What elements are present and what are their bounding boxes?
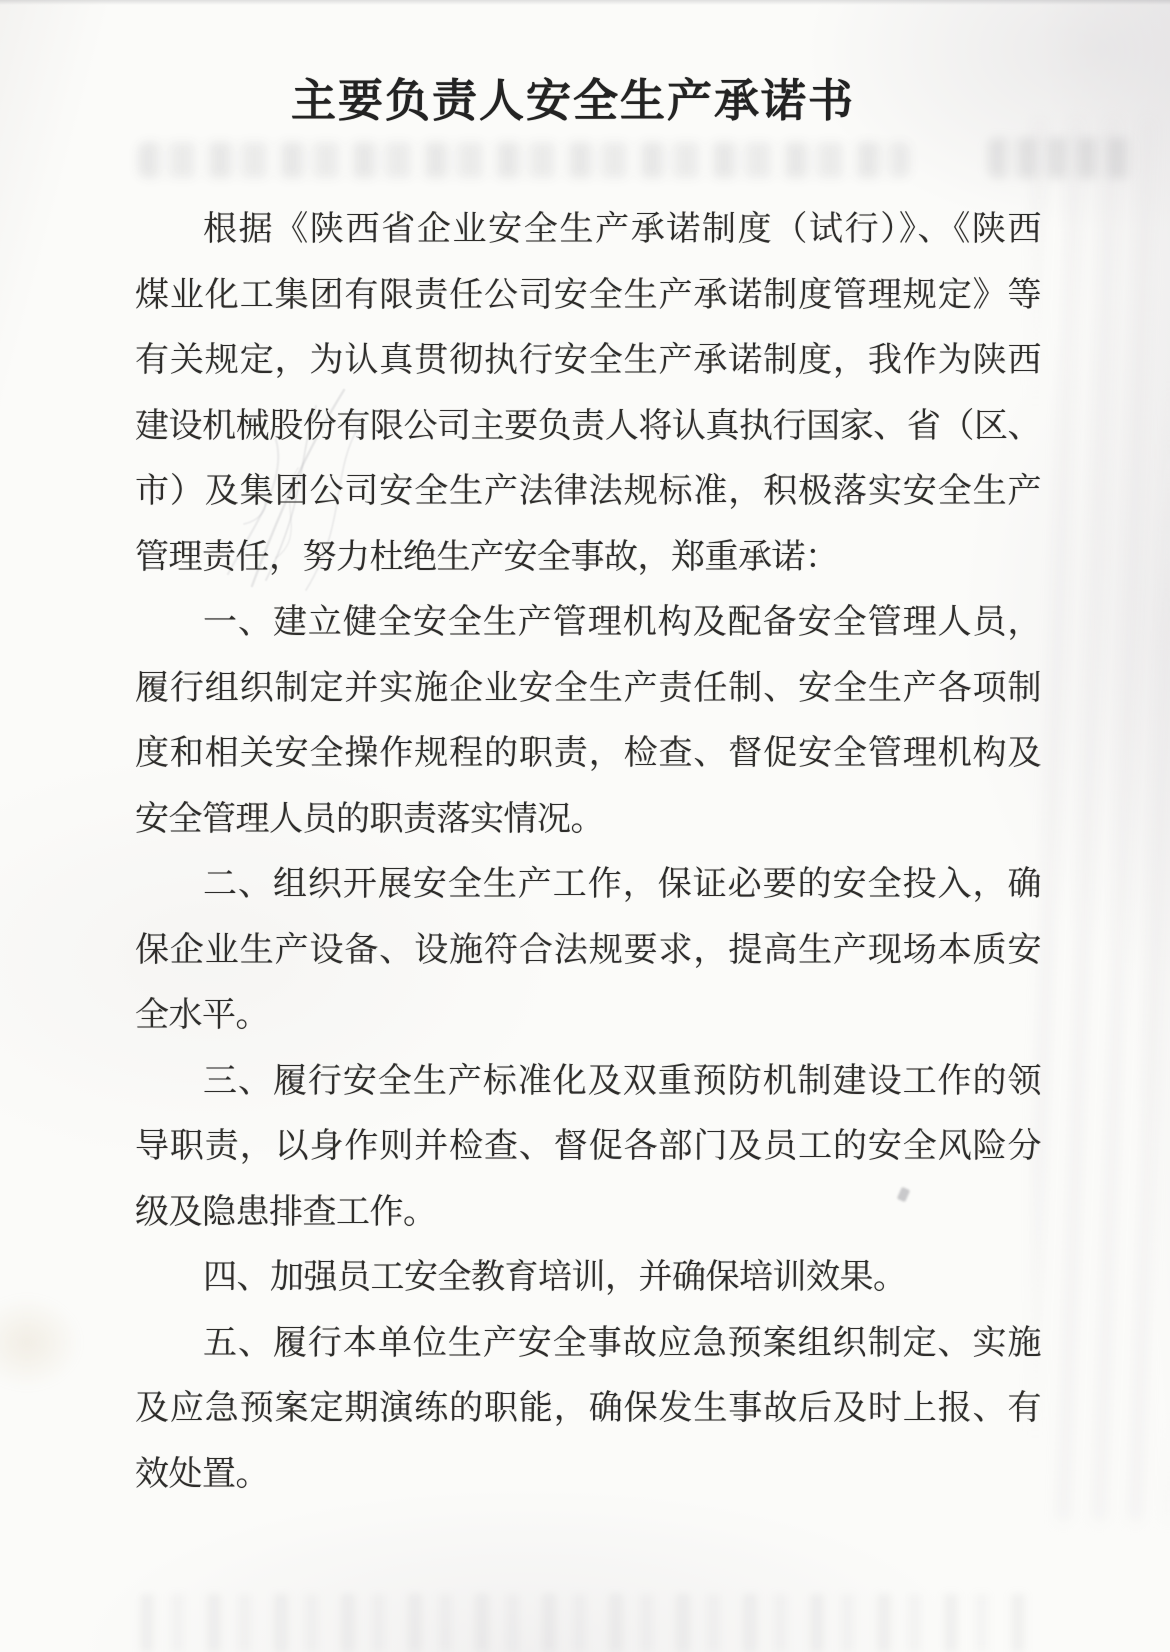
text-line: 有关规定，为认真贯彻执行安全生产承诺制度，我作为陕西 <box>135 328 1041 394</box>
text-line: 三、履行安全生产标准化及双重预防机制建设工作的领 <box>135 1049 1041 1115</box>
document-title: 主要负责人安全生产承诺书 <box>0 72 1158 130</box>
text-line: 一、建立健全安全生产管理机构及配备安全管理人员， <box>135 590 1041 656</box>
text-line: 安全管理人员的职责落实情况。 <box>135 787 1041 853</box>
document-body: 根据《陕西省企业安全生产承诺制度（试行）》、《陕西煤业化工集团有限责任公司安全生… <box>135 197 1041 1507</box>
text-line: 五、履行本单位生产安全事故应急预案组织制定、实施 <box>135 1311 1041 1377</box>
paper-edge-shadow <box>0 0 1170 5</box>
bleedthrough-text-ghost <box>988 138 1134 178</box>
text-line: 度和相关安全操作规程的职责，检查、督促安全管理机构及 <box>135 721 1041 787</box>
text-line: 煤业化工集团有限责任公司安全生产承诺制度管理规定》等 <box>135 263 1041 329</box>
text-line: 根据《陕西省企业安全生产承诺制度（试行）》、《陕西 <box>135 197 1041 263</box>
paper-stain <box>0 1295 82 1390</box>
bleedthrough-text-ghost <box>138 142 910 178</box>
text-line: 效处置。 <box>135 1442 1041 1508</box>
text-line: 四、加强员工安全教育培训，并确保培训效果。 <box>135 1245 1041 1311</box>
text-line: 导职责，以身作则并检查、督促各部门及员工的安全风险分 <box>135 1114 1041 1180</box>
scanned-document-page: 主要负责人安全生产承诺书 根据《陕西省企业安全生产承诺制度（试行）》、《陕西煤业… <box>0 0 1170 1652</box>
text-line: 二、组织开展安全生产工作，保证必要的安全投入，确 <box>135 852 1041 918</box>
text-line: 市）及集团公司安全生产法律法规标准，积极落实安全生产 <box>135 459 1041 525</box>
text-line: 全水平。 <box>135 983 1041 1049</box>
text-line: 及应急预案定期演练的职能，确保发生事故后及时上报、有 <box>135 1376 1041 1442</box>
text-line: 履行组织制定并实施企业安全生产责任制、安全生产各项制 <box>135 656 1041 722</box>
text-line: 保企业生产设备、设施符合法规要求，提高生产现场本质安 <box>135 918 1041 984</box>
text-line: 管理责任，努力杜绝生产安全事故，郑重承诺： <box>135 525 1041 591</box>
text-line: 建设机械股份有限公司主要负责人将认真执行国家、省（区、 <box>135 394 1041 460</box>
bleedthrough-bottom <box>140 1594 1040 1652</box>
paper-texture <box>1035 120 1170 1520</box>
